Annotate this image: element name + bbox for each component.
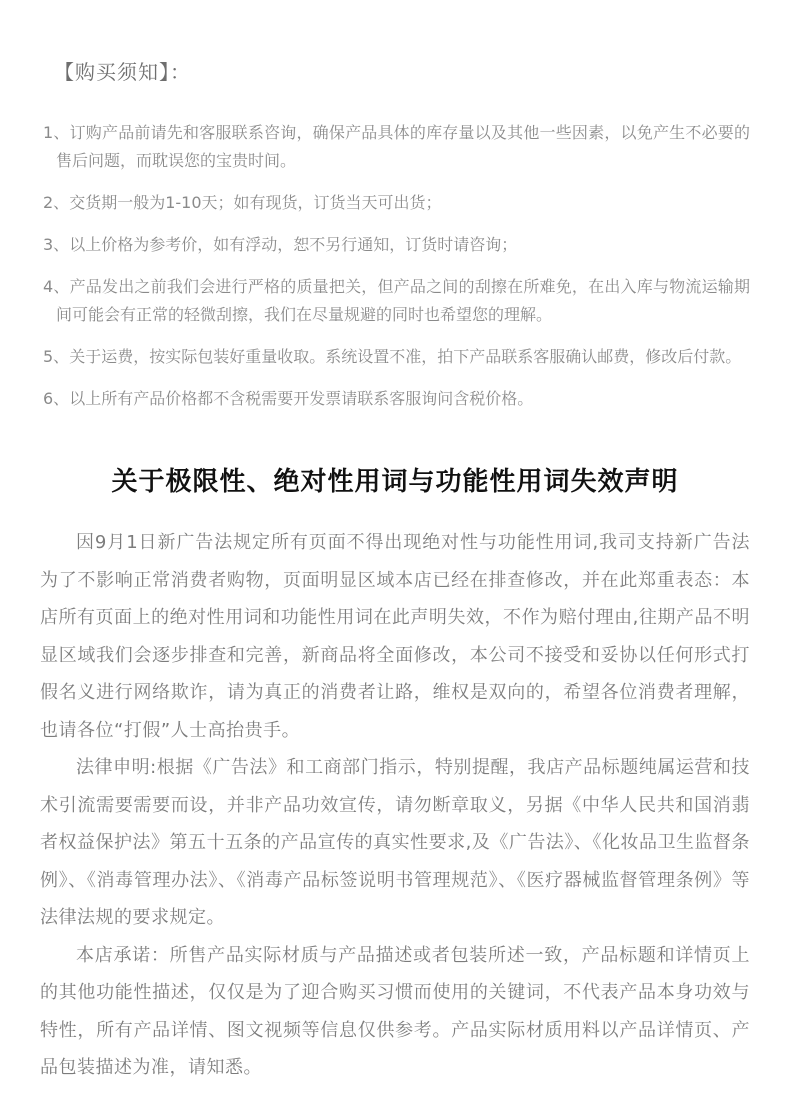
notice-item: 5、关于运费，按实际包装好重量收取。系统设置不准，拍下产品联系客服确认邮费，修改…	[43, 343, 750, 371]
notice-item-number: 1、	[43, 123, 70, 142]
purchase-notice-list: 1、订购产品前请先和客服联系咨询，确保产品具体的库存量以及其他一些因素，以免产生…	[43, 119, 750, 413]
notice-item: 2、交货期一般为1-10天；如有现货，订货当天可出货；	[43, 189, 750, 217]
notice-item: 4、产品发出之前我们会进行严格的质量把关，但产品之间的刮擦在所难免，在出入库与物…	[43, 273, 750, 329]
notice-item-number: 2、	[43, 193, 69, 212]
declaration-paragraph: 本店承诺：所售产品实际材质与产品描述或者包装所述一致，产品标题和详情页上的其他功…	[40, 937, 750, 1087]
notice-item: 3、以上价格为参考价，如有浮动，恕不另行通知，订货时请咨询；	[43, 231, 750, 259]
declaration-paragraph: 因9月1日新广告法规定所有页面不得出现绝对性与功能性用词,我司支持新广告法为了不…	[40, 524, 750, 749]
purchase-notice-heading: 【购买须知】：	[54, 56, 750, 85]
notice-item-text: 产品发出之前我们会进行严格的质量把关，但产品之间的刮擦在所难免，在出入库与物流运…	[56, 277, 750, 324]
declaration-title: 关于极限性、绝对性用词与功能性用词失效声明	[40, 461, 750, 498]
notice-item-text: 以上价格为参考价，如有浮动，恕不另行通知，订货时请咨询；	[69, 235, 517, 254]
notice-item: 6、以上所有产品价格都不含税需要开发票请联系客服询问含税价格。	[43, 385, 750, 413]
notice-item-text: 交货期一般为1-10天；如有现货，订货当天可出货；	[69, 193, 441, 212]
notice-item-text: 订购产品前请先和客服联系咨询，确保产品具体的库存量以及其他一些因素，以免产生不必…	[56, 123, 750, 170]
notice-item-number: 3、	[43, 235, 69, 254]
notice-item-text: 关于运费，按实际包装好重量收取。系统设置不准，拍下产品联系客服确认邮费，修改后付…	[69, 347, 741, 366]
notice-item-number: 6、	[43, 389, 69, 408]
declaration-body: 因9月1日新广告法规定所有页面不得出现绝对性与功能性用词,我司支持新广告法为了不…	[40, 524, 750, 1087]
notice-item-number: 4、	[43, 277, 70, 296]
notice-item-text: 以上所有产品价格都不含税需要开发票请联系客服询问含税价格。	[69, 389, 533, 408]
notice-item-number: 5、	[43, 347, 69, 366]
product-notice-page: 【购买须知】： 1、订购产品前请先和客服联系咨询，确保产品具体的库存量以及其他一…	[0, 0, 790, 1098]
notice-item: 1、订购产品前请先和客服联系咨询，确保产品具体的库存量以及其他一些因素，以免产生…	[43, 119, 750, 175]
declaration-paragraph: 法律申明:根据《广告法》和工商部门指示，特别提醒，我店产品标题纯属运营和技术引流…	[40, 749, 750, 937]
